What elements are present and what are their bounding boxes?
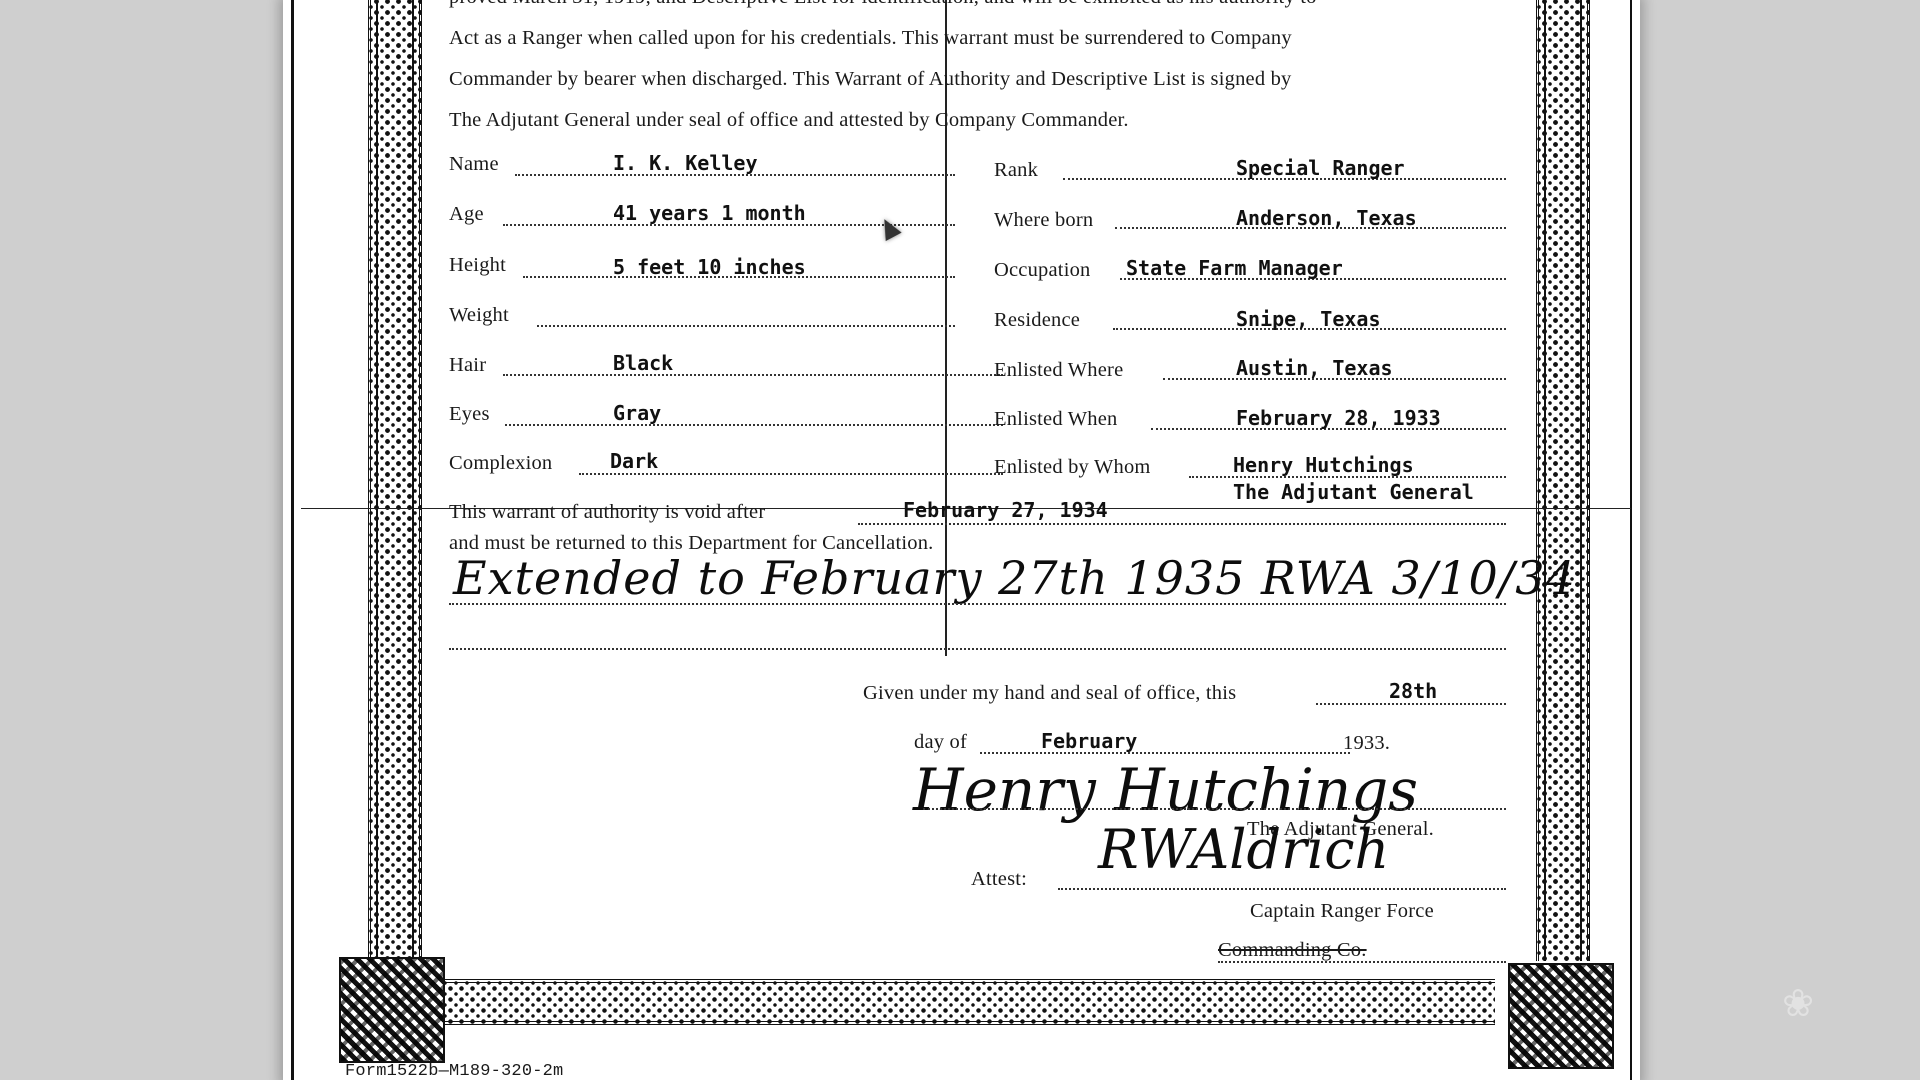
given-day-value: 28th (1389, 679, 1437, 703)
bottom-decorative-border (445, 979, 1495, 1025)
void-after-label: This warrant of authority is void after (449, 501, 765, 524)
document-viewer[interactable]: proved March 31, 1919, and Descriptive L… (0, 0, 1920, 1080)
form-number: Form1522b—M189-320-2m (345, 1062, 563, 1080)
void-after-value: February 27, 1934 (903, 498, 1108, 522)
field-label: Enlisted Where (994, 359, 1123, 382)
paragraph-line-2: Act as a Ranger when called upon for his… (449, 27, 1292, 50)
void-after-dotted-line (858, 523, 1506, 525)
field-value: Snipe, Texas (1236, 307, 1381, 331)
paragraph-line-4: The Adjutant General under seal of offic… (449, 109, 1129, 132)
field-label: Complexion (449, 452, 552, 475)
field-value: Anderson, Texas (1236, 206, 1417, 230)
field-value-line-2: The Adjutant General (1233, 480, 1474, 504)
handwritten-extension: Extended to February 27th 1935 RWA 3/10/… (453, 551, 1576, 605)
document-page[interactable]: proved March 31, 1919, and Descriptive L… (283, 0, 1640, 1080)
adjutant-signature-line (923, 808, 1506, 810)
attest-signature: RWAldrich (1098, 818, 1389, 881)
captain-ranger-force-title: Captain Ranger Force (1250, 900, 1434, 923)
bottom-left-corner-ornament (339, 957, 445, 1063)
given-day-dotted-line (1316, 703, 1506, 705)
extension-dotted-line-1 (449, 603, 1506, 605)
paragraph-line-1: proved March 31, 1919, and Descriptive L… (449, 0, 1317, 9)
extension-dotted-line-2 (449, 648, 1506, 650)
field-dotted-line (537, 325, 955, 327)
field-label: Where born (994, 209, 1093, 232)
field-dotted-line (579, 473, 1003, 475)
right-decorative-border (1536, 0, 1590, 961)
field-value: Gray (613, 401, 661, 425)
right-frame-line (1630, 0, 1632, 1080)
field-value: I. K. Kelley (613, 151, 758, 175)
field-label: Weight (449, 304, 509, 327)
field-value: Dark (610, 449, 658, 473)
given-statement: Given under my hand and seal of office, … (863, 682, 1236, 705)
field-value: Special Ranger (1236, 156, 1405, 180)
field-label: Name (449, 153, 499, 176)
field-value: Austin, Texas (1236, 356, 1393, 380)
year-value: 1933. (1343, 732, 1390, 755)
field-value: State Farm Manager (1126, 256, 1343, 280)
adjutant-general-signature: Henry Hutchings (913, 756, 1418, 824)
left-decorative-border (368, 0, 422, 961)
month-dotted-line (980, 752, 1350, 754)
attest-label: Attest: (971, 868, 1027, 891)
field-label: Occupation (994, 259, 1091, 282)
field-label: Hair (449, 354, 486, 377)
field-label: Height (449, 254, 506, 277)
field-label: Residence (994, 309, 1080, 332)
day-of-label: day of (914, 731, 967, 754)
field-value: 5 feet 10 inches (613, 255, 806, 279)
field-value: Black (613, 351, 673, 375)
month-value: February (1041, 729, 1137, 753)
field-label: Enlisted by Whom (994, 456, 1151, 479)
commanding-dotted-line (1218, 961, 1506, 963)
paragraph-line-3: Commander by bearer when discharged. Thi… (449, 68, 1292, 91)
field-dotted-line (505, 424, 1003, 426)
field-label: Age (449, 203, 484, 226)
left-frame-line (291, 0, 294, 1080)
field-value: 41 years 1 month (613, 201, 806, 225)
bottom-right-corner-ornament (1508, 963, 1614, 1069)
field-dotted-line (503, 374, 1003, 376)
field-label: Enlisted When (994, 408, 1118, 431)
field-label: Eyes (449, 403, 490, 426)
leaf-logo-icon: ❀ (1770, 980, 1826, 1026)
field-label: Rank (994, 159, 1038, 182)
field-value: Henry Hutchings (1233, 453, 1414, 477)
commanding-co-label: Commanding Co. (1218, 939, 1367, 962)
attest-signature-line (1058, 888, 1506, 890)
field-value: February 28, 1933 (1236, 406, 1441, 430)
